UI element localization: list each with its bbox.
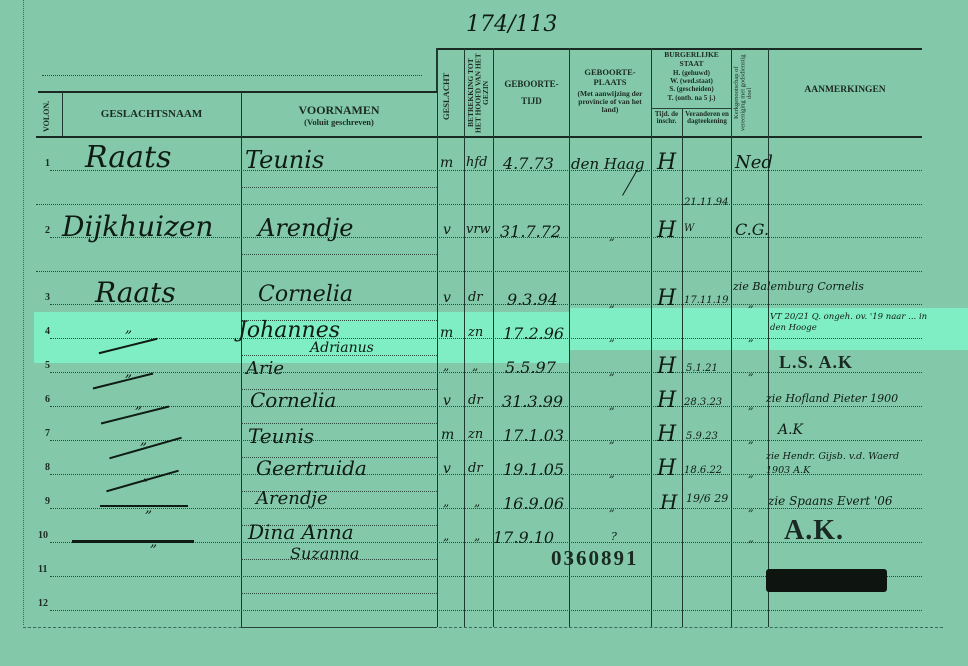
surname-cell: „ <box>145 500 152 516</box>
row-1-line <box>50 170 922 171</box>
header-bottom-border <box>36 136 922 138</box>
ditto-stroke <box>72 540 194 543</box>
remarks-cell: zie Hofland Pieter 1900 <box>766 392 898 405</box>
given-name-cell: Geertruida <box>256 456 367 480</box>
church-cell: „ <box>748 433 754 446</box>
row-number: 8 <box>45 462 50 473</box>
header-voornamen: VOORNAMEN <box>241 104 437 117</box>
col-line-surname <box>241 92 242 627</box>
status-cell: H <box>660 490 677 514</box>
remarks-stamp: A.K. <box>784 515 844 547</box>
birth-date-cell: 4.7.73 <box>503 154 554 173</box>
surname-cell: Raats <box>85 140 172 175</box>
status-cell: H <box>657 286 676 311</box>
status-cell: H <box>657 150 676 175</box>
surname-cell: Dijkhuizen <box>62 210 213 243</box>
birth-date-cell: 31.7.72 <box>500 222 561 241</box>
given-name-cell-2: Suzanna <box>290 544 359 563</box>
birth-date-cell: 19.1.05 <box>503 460 564 479</box>
status-change-cell: 21.11.94 W <box>684 190 730 242</box>
church-cell: „ <box>748 467 754 480</box>
church-cell: „ <box>748 532 754 545</box>
birth-place-cell: „ <box>609 433 615 446</box>
sex-cell: v <box>443 290 451 306</box>
sex-cell: m <box>440 155 453 171</box>
status-change-cell: 19/6 29 <box>686 492 728 505</box>
birth-place-stroke <box>622 169 638 195</box>
given-name-cell: Cornelia <box>250 388 336 412</box>
given-name-cell: Arendje <box>256 488 328 509</box>
given-name-cell: Dina Anna <box>248 520 354 544</box>
remarks-cell: zie Spaans Evert '06 <box>768 494 893 508</box>
status-change-cell: 18.6.22 <box>684 465 722 476</box>
header-voornamen-sub: (Voluit geschreven) <box>241 118 437 127</box>
church-cell: „ <box>748 365 754 378</box>
given-name-cell: Teunis <box>248 424 314 448</box>
row-12-line <box>50 610 922 611</box>
remarks-cell: VT 20/21 Q. ongeh. ov. '19 naar ... in d… <box>770 312 945 334</box>
given-name-cell: Arie <box>246 358 284 379</box>
sex-cell: m <box>441 427 454 443</box>
row-number: 4 <box>45 326 50 337</box>
church-cell: „ <box>748 297 754 310</box>
row-number: 2 <box>45 225 50 236</box>
row-4-line <box>50 338 922 339</box>
status-cell: H <box>657 456 676 481</box>
church-cell: „ <box>748 331 754 344</box>
header-geslacht: GESLACHT <box>442 60 460 132</box>
remarks-cell: A.K <box>778 422 803 438</box>
birth-place-cell: „ <box>609 230 615 243</box>
birth-place-cell: „ <box>609 467 615 480</box>
header-veranderen: Veranderen en dagteekening <box>683 111 731 126</box>
given-name-cell: Arendje <box>258 214 353 242</box>
relation-cell: „ <box>472 359 478 373</box>
page-left-edge <box>23 0 24 625</box>
sex-cell: v <box>443 461 451 477</box>
header-geboortetijd-2: TIJD <box>494 97 569 106</box>
status-change-cell: 5.9.23 <box>686 431 718 442</box>
church-cell: „ <box>748 399 754 412</box>
church-cell: „ <box>748 501 754 514</box>
row-2b-line <box>241 254 437 255</box>
status-change-cell: 28.3.23 <box>684 397 722 408</box>
status-cell: H <box>657 218 676 243</box>
birth-date-cell: 17.2.96 <box>503 324 564 343</box>
sex-cell: „ <box>443 529 449 543</box>
birth-date-cell: 16.9.06 <box>503 494 564 513</box>
row-number: 6 <box>45 394 50 405</box>
col-line-tijd <box>682 108 683 627</box>
row-1b-line <box>241 187 437 188</box>
row-9-line <box>50 508 922 509</box>
header-burgerlijke-staat-1: BURGERLIJKE <box>651 51 732 59</box>
header-geboorteplaats-1: GEBOORTE- <box>569 68 651 77</box>
row-number: 11 <box>38 564 47 575</box>
row-2c-line <box>36 271 922 272</box>
church-cell: C.G. <box>735 220 769 239</box>
given-name-cell: Cornelia <box>258 282 353 307</box>
birth-place-cell: „ <box>609 297 615 310</box>
birth-place-cell: den Haag <box>571 155 644 173</box>
header-geboortetijd-1: GEBOORTE- <box>494 80 569 89</box>
header-aanmerkingen: AANMERKINGEN <box>768 86 922 96</box>
row-1c-line <box>36 204 922 205</box>
header-geboorteplaats-2: PLAATS <box>569 78 651 87</box>
row-7-line <box>50 440 922 441</box>
birth-date-cell: 5.5.97 <box>505 358 556 377</box>
ditto-stroke <box>93 373 154 390</box>
row-6-line <box>50 406 922 407</box>
row-number: 9 <box>45 496 50 507</box>
sex-cell: „ <box>443 359 449 373</box>
row-number: 12 <box>38 598 48 609</box>
given-name-cell-2: Adrianus <box>310 340 374 356</box>
sex-cell: v <box>443 393 451 409</box>
relation-cell: vrw <box>466 222 491 237</box>
table-bottom-line <box>241 627 437 628</box>
sex-cell: m <box>440 325 453 341</box>
remarks-cell: zie Hendr. Gijsb. v.d. Waerd 1903 A.K <box>766 450 926 479</box>
relation-cell: hfd <box>466 155 488 170</box>
burg-subheader-line <box>651 108 732 109</box>
header-volon: VOLON. <box>43 98 57 134</box>
birth-date-cell: 9.3.94 <box>507 290 558 309</box>
relation-cell: zn <box>468 325 483 340</box>
remarks-stamp: L.S. A.K <box>779 352 853 373</box>
status-change-cell: 17.11.19 <box>684 295 729 306</box>
header-bs-t: T. (ontb. na 5 j.) <box>651 95 732 102</box>
relation-cell: „ <box>474 529 480 543</box>
status-change-cell: 5.1.21 <box>686 363 718 374</box>
relation-cell: dr <box>468 461 483 476</box>
relation-cell: dr <box>468 393 483 408</box>
status-cell: H <box>657 388 676 413</box>
sex-cell: „ <box>443 495 449 509</box>
birth-date-cell: 31.3.99 <box>502 392 563 411</box>
status-cell: H <box>657 354 676 379</box>
redacted-block <box>766 569 887 592</box>
birth-place-cell: „ <box>609 501 615 514</box>
row-number: 3 <box>45 292 50 303</box>
header-dotted-line <box>42 75 422 76</box>
row-11b-line <box>241 593 437 594</box>
remarks-cell: zie Balemburg Cornelis <box>733 280 864 293</box>
header-bs-s: S. (gescheiden) <box>651 86 732 93</box>
header-betrekking: BETREKKING TOT HET HOOFD VAN HET GEZIN <box>467 52 492 134</box>
birth-place-cell: „ <box>609 365 615 378</box>
church-cell: Ned <box>735 152 773 173</box>
status-cell: H <box>657 422 676 447</box>
surname-cell: „ <box>125 320 132 336</box>
header-geslachtsnaam: GESLACHTSNAAM <box>62 109 241 121</box>
birth-date-cell: 17.1.03 <box>503 426 564 445</box>
reference-number: 174/113 <box>466 12 557 37</box>
row-number: 1 <box>45 158 50 169</box>
surname-cell: Raats <box>95 276 176 309</box>
header-tijd-inschr: Tijd. de inschr. <box>651 111 682 126</box>
surname-cell: „ <box>135 396 142 412</box>
birth-date-cell: 17.9.10 <box>493 528 554 547</box>
given-name-cell: Teunis <box>245 146 324 174</box>
header-burgerlijke-staat-2: STAAT <box>651 60 732 68</box>
row-number: 7 <box>45 428 50 439</box>
page-bottom-edge <box>23 627 943 628</box>
row-3-line <box>50 304 922 305</box>
birth-place-cell: „ <box>609 331 615 344</box>
relation-cell: zn <box>468 427 483 442</box>
stamp-number: 0360891 <box>551 546 639 571</box>
relation-cell: „ <box>474 495 480 509</box>
header-geboorteplaats-sub: (Met aanwijzing der provincie of van het… <box>572 90 648 114</box>
header-top-border-left <box>38 91 438 93</box>
birth-place-cell: „ <box>609 399 615 412</box>
header-kerkgenootschap: Kerkgenootschap of vereeniging met godsd… <box>734 52 766 134</box>
row-number: 10 <box>38 530 48 541</box>
relation-cell: dr <box>468 290 483 305</box>
sex-cell: v <box>443 222 451 238</box>
birth-place-cell: ? <box>611 530 617 543</box>
row-number: 5 <box>45 360 50 371</box>
ditto-stroke <box>100 505 188 507</box>
